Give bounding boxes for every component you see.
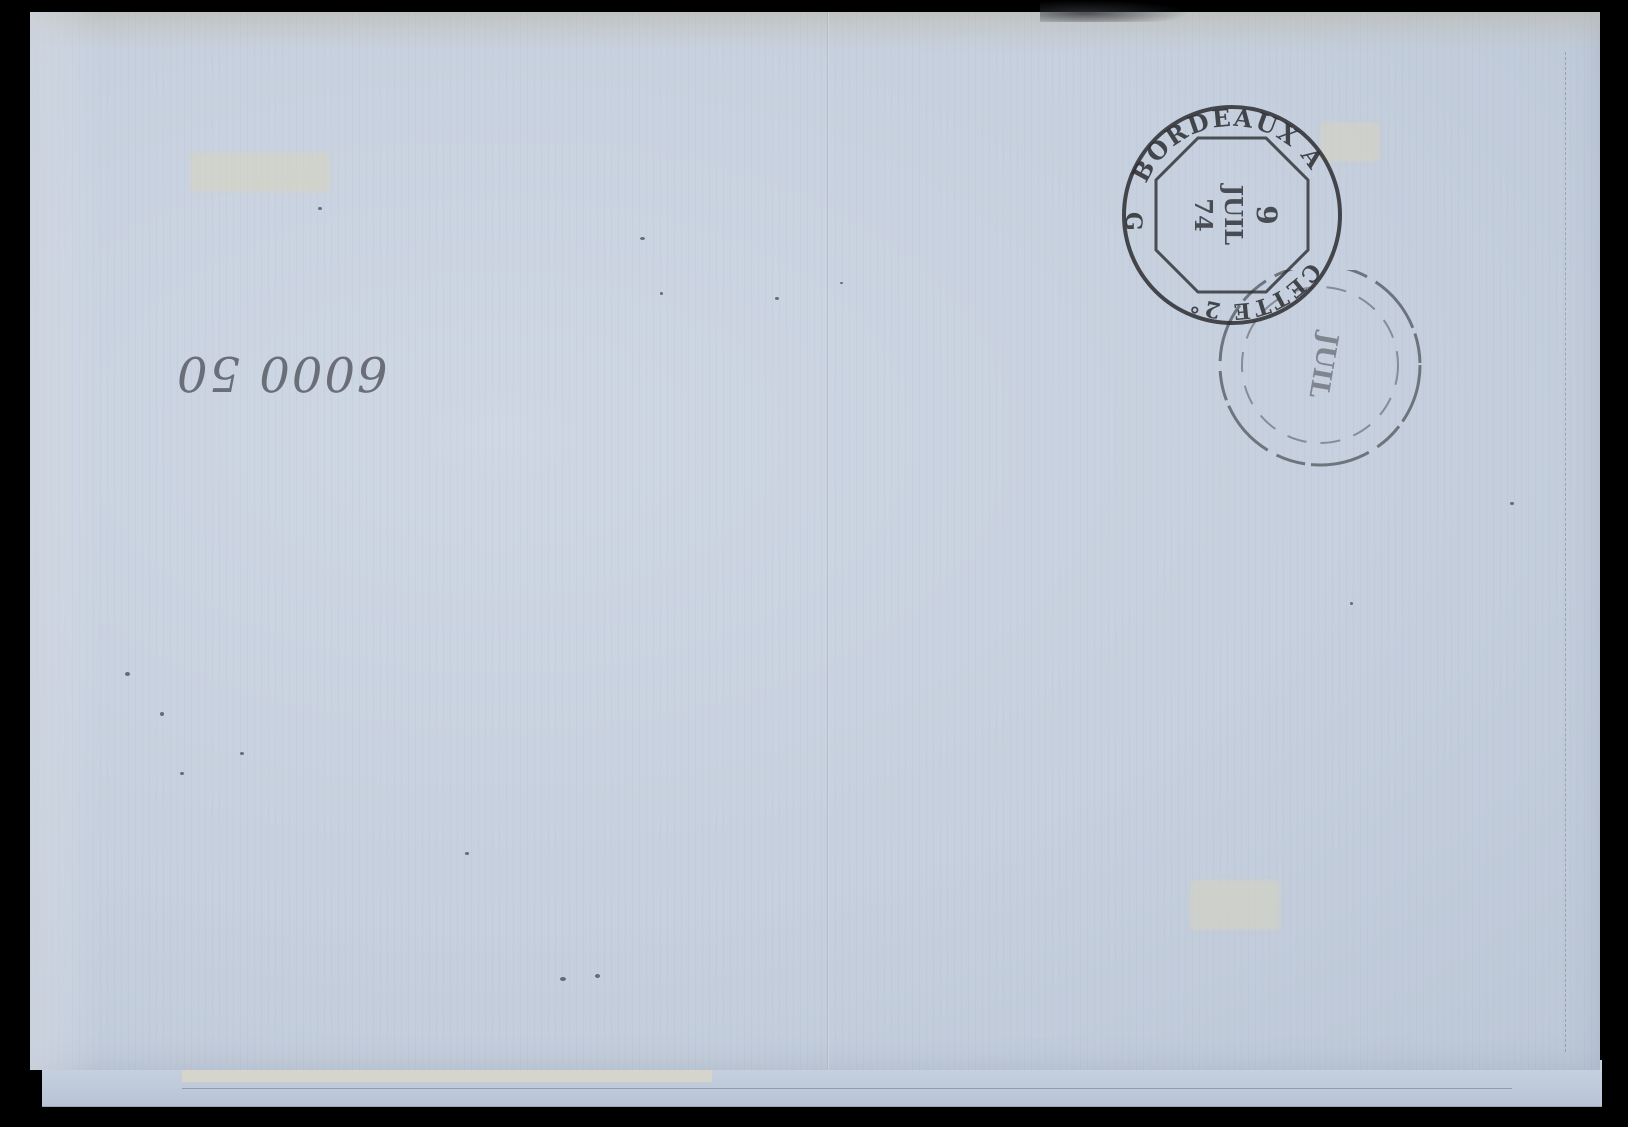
ink-speck <box>125 672 130 676</box>
ink-speck <box>180 772 184 775</box>
letter-sheet <box>30 12 1600 1070</box>
center-fold-line <box>827 12 829 1070</box>
top-edge-stain <box>30 12 1600 52</box>
glue-stain <box>190 152 330 192</box>
ink-speck <box>465 852 469 855</box>
ink-speck <box>640 237 645 240</box>
postmark-side-letter: G <box>1120 212 1146 231</box>
postmark-circular-date-stamp: JUIL <box>1200 270 1430 470</box>
ink-speck <box>595 974 600 978</box>
right-fold-edge <box>1565 52 1580 1052</box>
ink-speck <box>1350 602 1353 605</box>
second-postmark-month: JUIL <box>1303 329 1344 401</box>
ink-speck <box>660 292 663 295</box>
ink-speck <box>318 207 322 210</box>
cover-photo: BORDEAUX A CETTE 2° G 9 JUIL 74 JUIL 600… <box>0 0 1628 1127</box>
left-fold-panel <box>30 12 100 1070</box>
glue-stain <box>1190 880 1280 930</box>
ink-speck <box>160 712 164 716</box>
ink-speck <box>775 297 779 300</box>
flap-edge-line <box>182 1088 1512 1089</box>
pencil-notation: 6000 50 <box>175 345 388 401</box>
ink-speck <box>840 282 843 284</box>
ink-blot-top <box>1040 0 1190 22</box>
postmark-year: 74 <box>1189 198 1218 231</box>
ink-speck <box>240 752 244 755</box>
ink-speck <box>560 977 566 981</box>
ink-speck <box>1510 502 1514 505</box>
svg-text:BORDEAUX A: BORDEAUX A <box>1126 103 1331 187</box>
postmark-month: JUIL <box>1219 183 1248 246</box>
postmark-day: 9 <box>1250 205 1283 224</box>
